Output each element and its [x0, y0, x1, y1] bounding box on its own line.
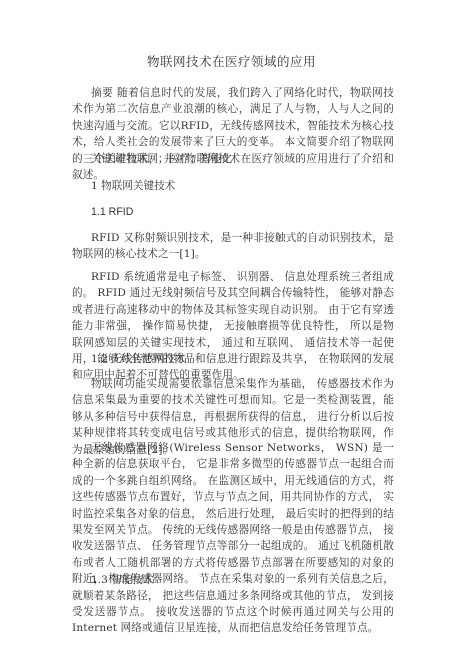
- section-1-2-heading: 1.2 无线传感网技术: [91, 351, 185, 367]
- wsn-paragraph-2: 无线传感器网络(Wireless Sensor Networks， WSN) 是…: [72, 440, 394, 637]
- section-1-1-heading: 1.1 RFID: [91, 204, 133, 220]
- keywords-line: 关键词 物联网；医疗；智能化: [91, 151, 232, 167]
- abstract-paragraph: 摘要 随着信息时代的发展，我们跨入了网络化时代，物联网技术作为第二次信息产业浪潮…: [72, 85, 394, 183]
- document-page: 物联网技术在医疗领域的应用 摘要 随着信息时代的发展，我们跨入了网络化时代，物联…: [0, 0, 463, 655]
- document-title: 物联网技术在医疗领域的应用: [0, 52, 463, 70]
- section-1-3-heading: 1.3 智能技术: [91, 572, 154, 588]
- rfid-paragraph-1: RFID 又称射频识别技术，是一种非接触式的自动识别技术，是物联网的核心技术之一…: [72, 230, 394, 263]
- section-1-heading: 1 物联网关键技术: [91, 178, 175, 194]
